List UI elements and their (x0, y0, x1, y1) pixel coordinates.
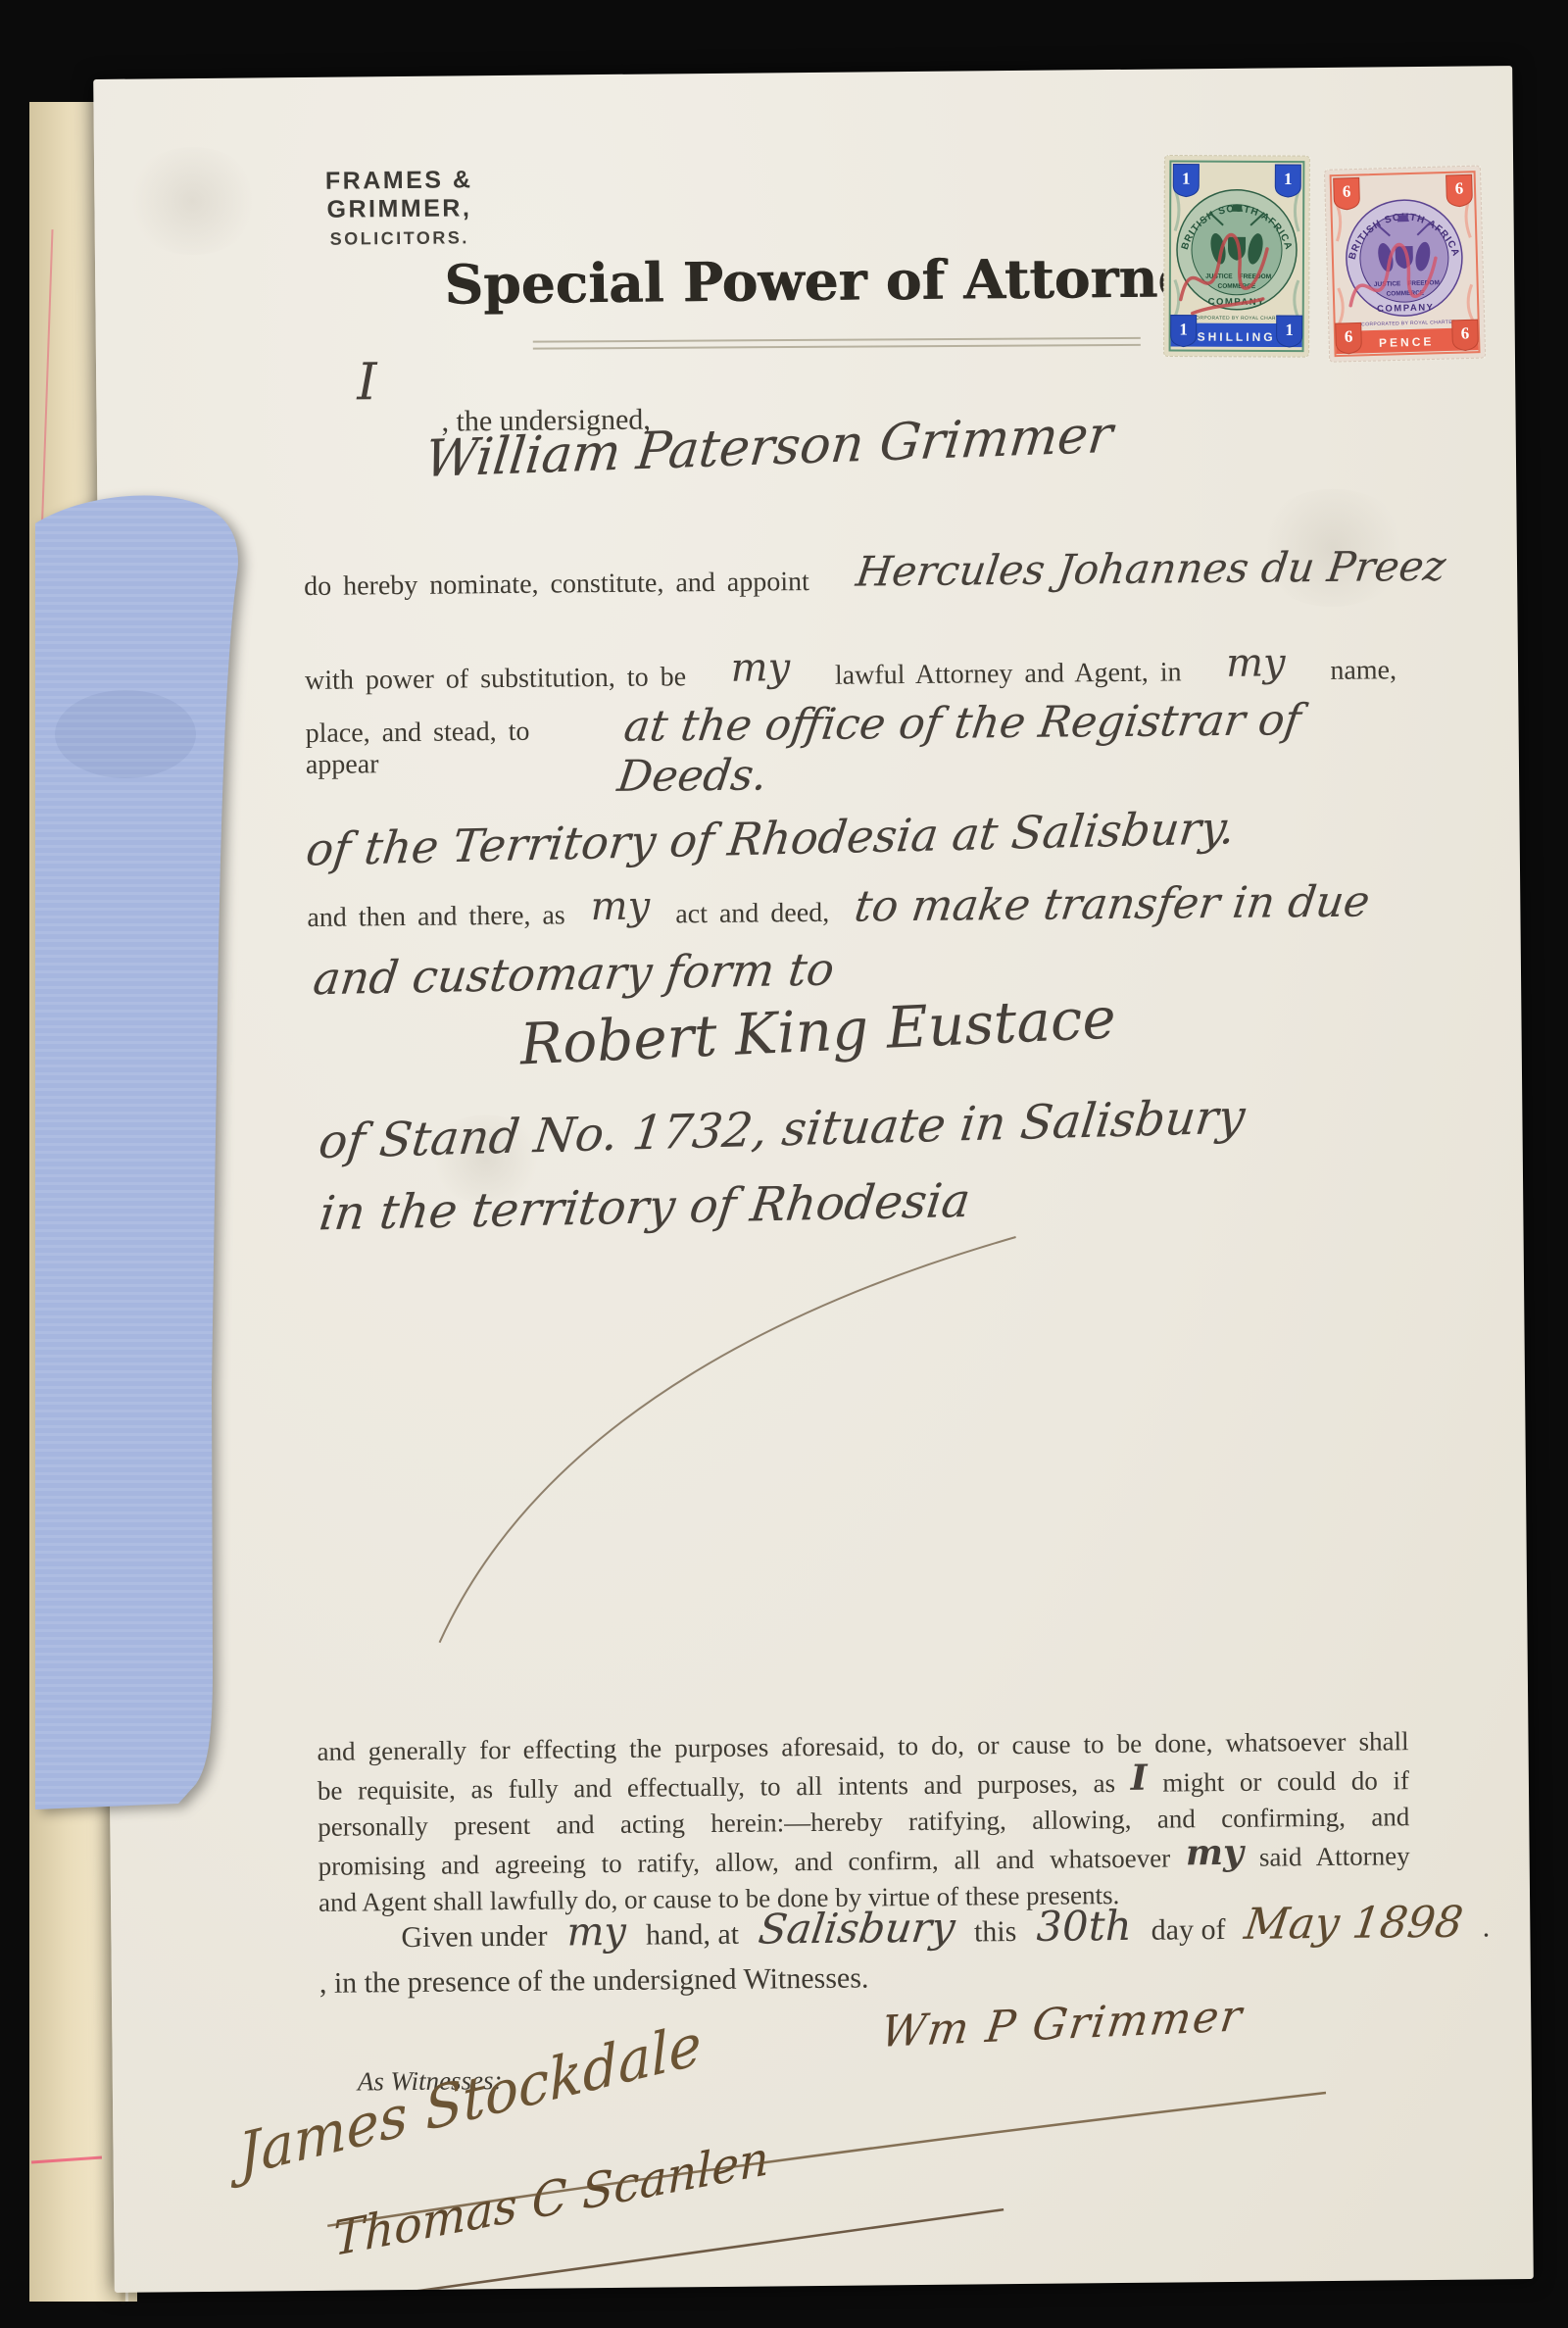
stamp-corner-value: 6 (1343, 182, 1351, 201)
general-text: promising and agreeing to ratify, allow,… (318, 1844, 1171, 1881)
pen-flourish (436, 1237, 1020, 1643)
attorney-name: Hercules Johannes du Preez (853, 542, 1447, 596)
witness-signature-2: Thomas C Scanlen (333, 2131, 769, 2268)
handwritten-property-line-2: in the territory of Rhodesia (317, 1173, 973, 1241)
show-through-ghost (55, 690, 196, 778)
stamp-motto-freedom: FREEDOM (1407, 279, 1440, 287)
stamp-denomination: PENCE (1379, 334, 1435, 350)
power-text: place, and stead, to appear (305, 716, 591, 781)
handwritten-territory-line: of the Territory of Rhodesia at Salisbur… (304, 801, 1239, 875)
stamp-corner-value: 6 (1345, 327, 1353, 346)
stamp-corner-value: 1 (1179, 321, 1188, 339)
paper-stain (123, 146, 262, 255)
principal-signature: Wm P Grimmer (878, 1991, 1247, 2057)
handwritten-place-of-appearance: at the office of the Registrar of Deeds. (614, 694, 1403, 802)
deed-text: act and deed, (675, 898, 829, 931)
presence-clause: , in the presence of the undersigned Wit… (319, 1961, 869, 2000)
firm-subtitle: SOLICITORS. (269, 227, 530, 251)
handwritten-transfer-clause: to make transfer in due (852, 877, 1373, 932)
blue-cover-sheet (29, 484, 255, 1817)
handwritten-my: my (590, 884, 650, 930)
stamp-motto-justice: JUSTICE (1205, 273, 1233, 280)
stamp-motto-justice: JUSTICE (1374, 280, 1401, 288)
stamp-corner-value: 6 (1460, 323, 1469, 342)
stamp-corner-value: 1 (1284, 170, 1293, 188)
stamp-corner-value: 1 (1285, 321, 1294, 339)
handwritten-my: my (1226, 640, 1286, 686)
handwritten-transfer-clause-2: and customary form to (311, 942, 838, 1005)
handwritten-day: 30th (1036, 1902, 1132, 1951)
general-text: be requisite, as fully and effectually, … (318, 1768, 1115, 1806)
scan-background: FRAMES & GRIMMER, SOLICITORS. Special Po… (0, 0, 1568, 2328)
appoint-clause: do hereby nominate, constitute, and appo… (304, 567, 809, 603)
red-ruled-line (31, 2155, 102, 2163)
deed-text: and then and there, as (307, 900, 565, 934)
title-double-rule (533, 337, 1141, 350)
stamp-corner-value: 6 (1454, 179, 1463, 198)
document-page: FRAMES & GRIMMER, SOLICITORS. Special Po… (93, 66, 1534, 2293)
document-title: Special Power of Attorney. (407, 244, 1274, 316)
given-text: this (974, 1915, 1017, 1949)
power-text: with power of substitution, to be (305, 662, 686, 697)
general-text: said Attorney (1259, 1841, 1410, 1871)
firm-name: FRAMES & GRIMMER, (269, 166, 530, 225)
stamp-company-text: COMPANY (1377, 302, 1435, 315)
handwritten-property-line-1: of Stand No. 1732, situate in Salisbury (317, 1089, 1249, 1169)
handwritten-pronoun: I (357, 353, 377, 412)
handwritten-month-year: May 1898 (1242, 1898, 1466, 1950)
power-clause-line-2: place, and stead, to appear at the offic… (305, 692, 1397, 803)
handwritten-my: my (566, 1909, 626, 1956)
handwritten-pronoun-small: I (1131, 1758, 1148, 1799)
letterhead: FRAMES & GRIMMER, SOLICITORS. (269, 166, 530, 251)
revenue-stamp-one-shilling: BRITISH SOUTH AFRICA COMPANY JUSTICE FRE… (1163, 154, 1311, 358)
power-text: lawful Attorney and Agent, in (835, 657, 1182, 691)
given-period: . (1482, 1910, 1490, 1944)
revenue-stamp-six-pence: BRITISH SOUTH AFRICA COMPANY JUSTICE FRE… (1323, 165, 1486, 363)
stamp-denomination: SHILLING (1198, 330, 1276, 344)
handwritten-my: my (1186, 1832, 1244, 1874)
stamp-corner-value: 1 (1182, 170, 1191, 188)
general-text: might or could do if (1162, 1765, 1409, 1797)
given-text: hand, at (646, 1918, 739, 1953)
power-text: name, (1330, 655, 1396, 687)
power-clause-line-1: with power of substitution, to be my law… (305, 643, 1396, 699)
given-text: day of (1151, 1913, 1226, 1948)
stamp-charter-text: INCORPORATED BY ROYAL CHARTER (1186, 316, 1287, 322)
handwritten-place-signed: Salisbury (756, 1904, 957, 1954)
given-text: Given under (401, 1920, 547, 1955)
handwritten-my: my (730, 645, 790, 691)
